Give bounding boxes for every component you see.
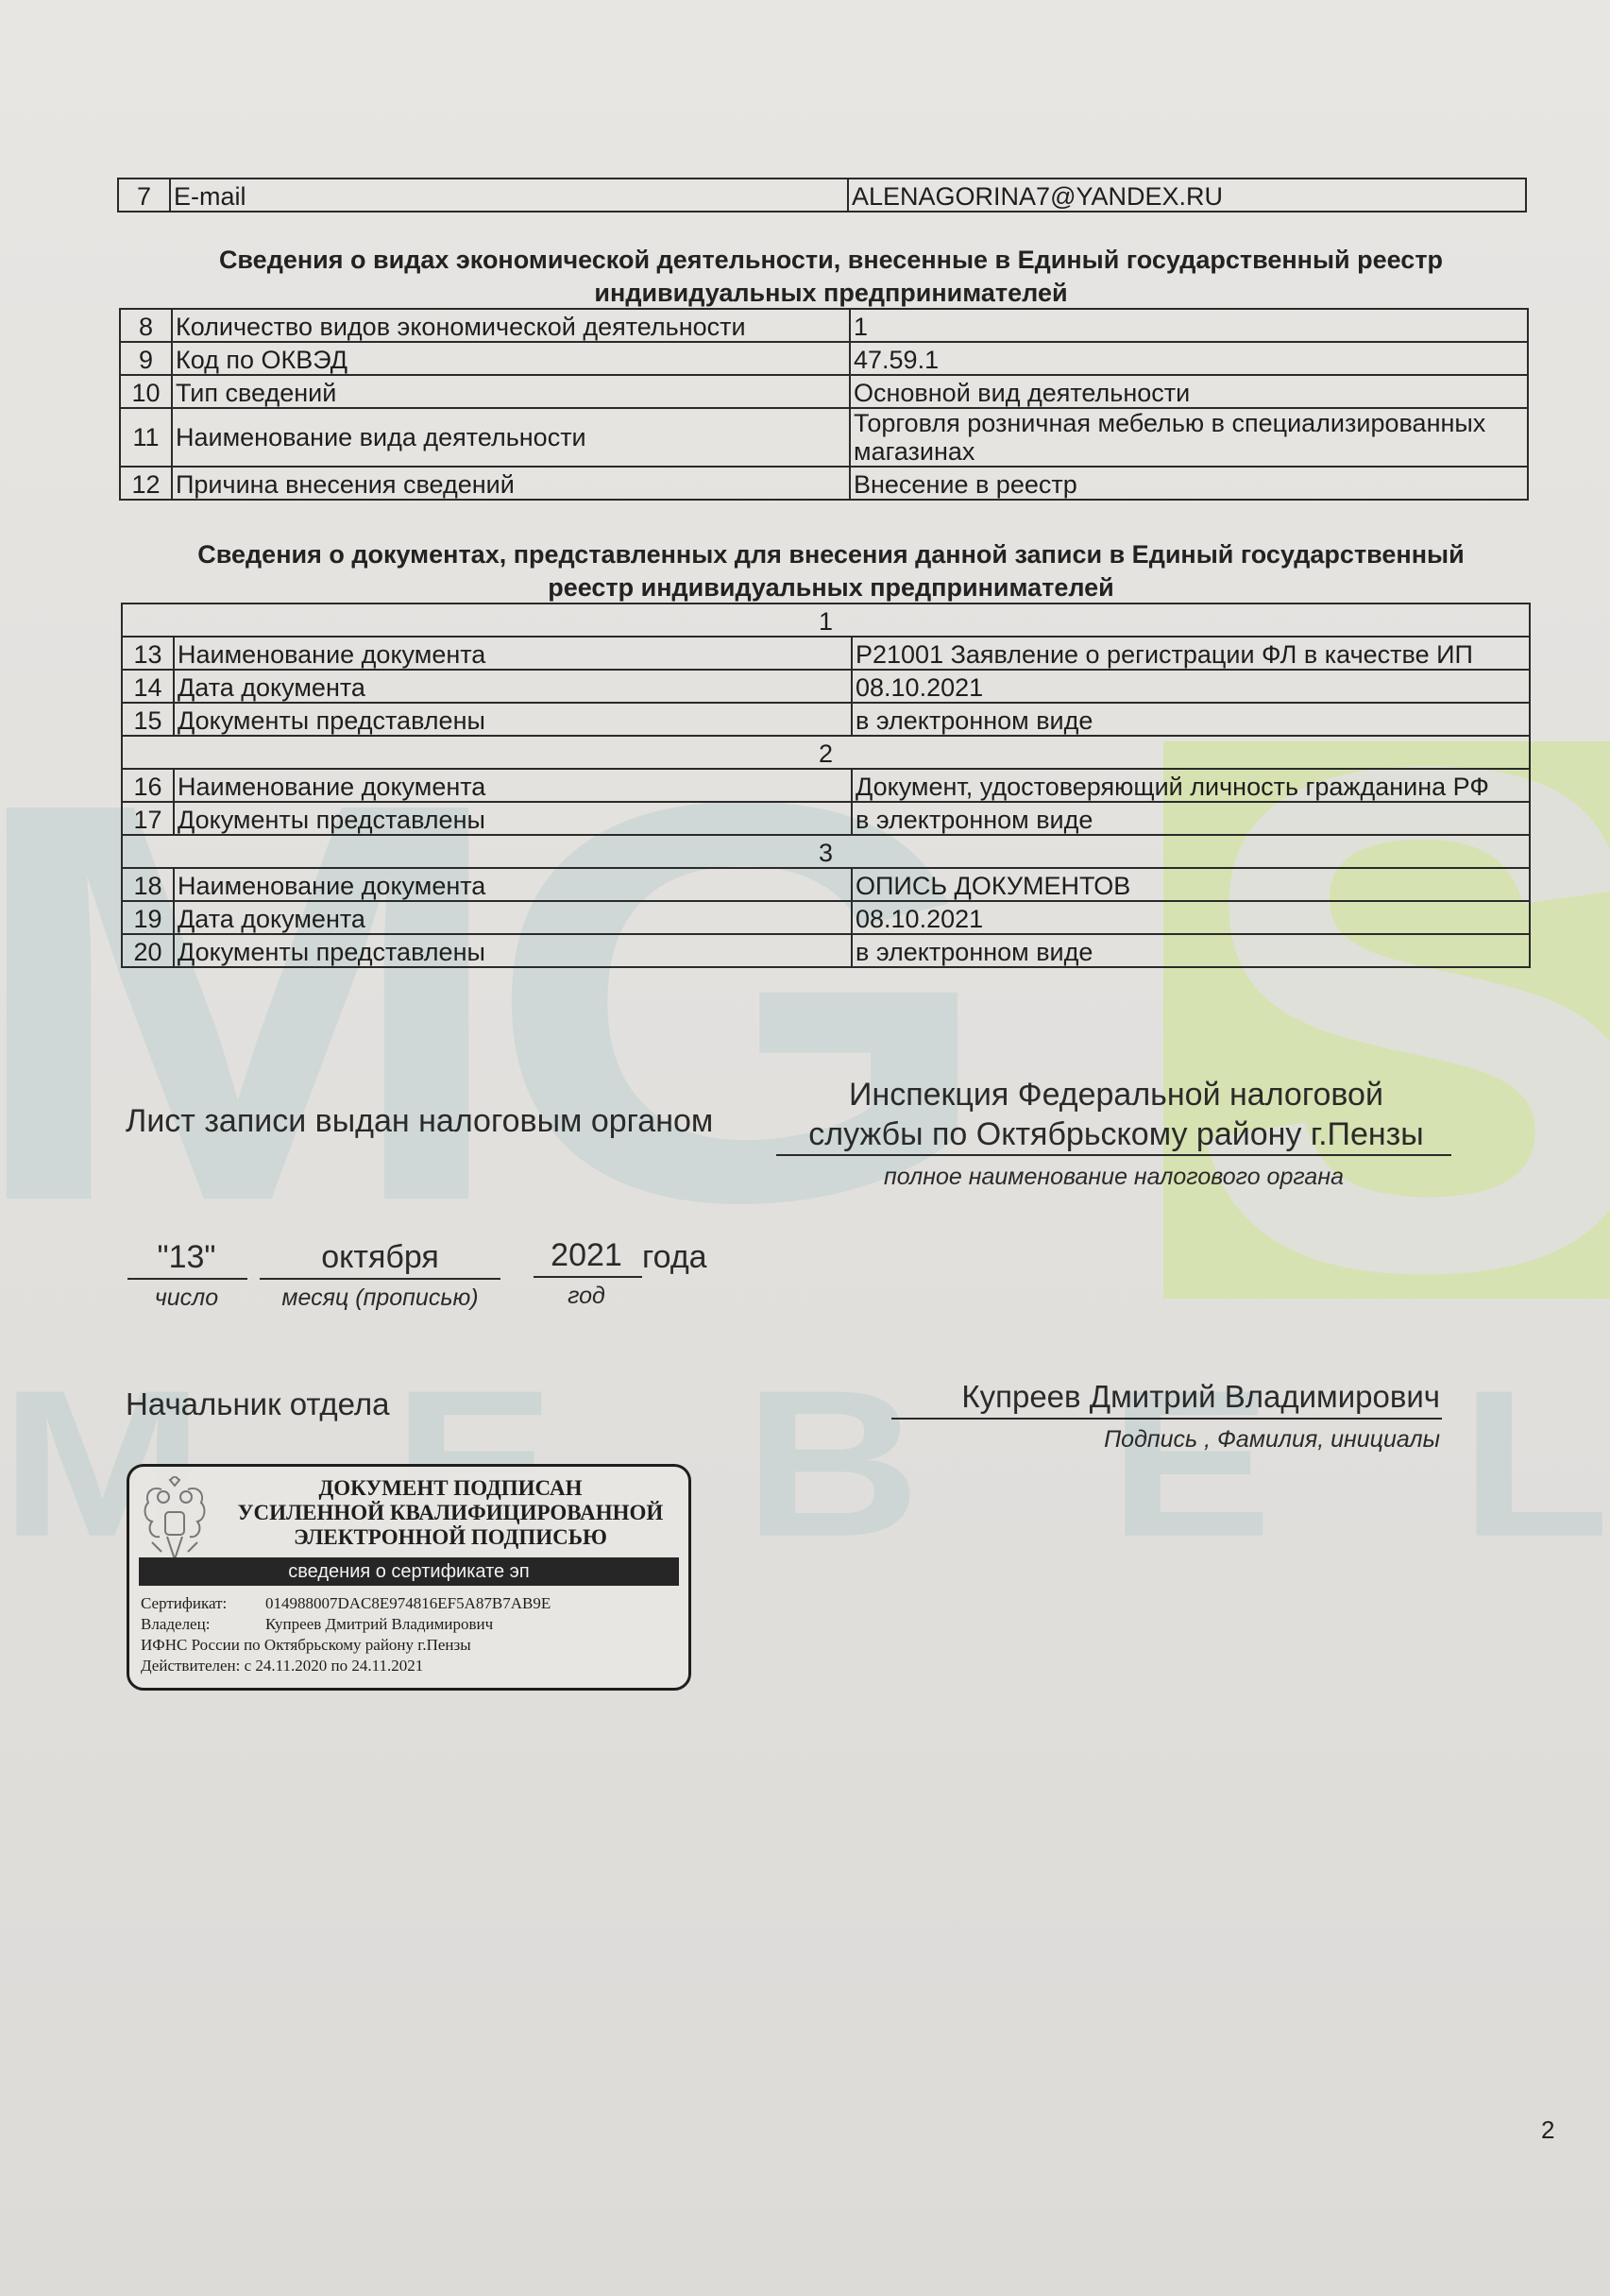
- row-number: 9: [120, 342, 172, 375]
- row-value: 47.59.1: [850, 342, 1528, 375]
- row-value: в электронном виде: [852, 703, 1530, 736]
- table-row: 19Дата документа08.10.2021: [122, 901, 1530, 934]
- authority-caption: полное наименование налогового органа: [776, 1164, 1451, 1191]
- row-number: 10: [120, 375, 172, 408]
- row-label: E-mail: [170, 179, 848, 212]
- tax-authority-line2: службы по Октябрьскому району г.Пензы: [776, 1114, 1456, 1154]
- documents-heading-line1: Сведения о документах, представленных дл…: [123, 538, 1539, 571]
- stamp-title-line1: ДОКУМЕНТ ПОДПИСАН: [219, 1476, 682, 1501]
- row-label: Документы представлены: [174, 703, 852, 736]
- row-number: 19: [122, 901, 174, 934]
- row-value: ALENAGORINA7@YANDEX.RU: [848, 179, 1526, 212]
- row-label: Наименование документа: [174, 769, 852, 802]
- table-row: 9Код по ОКВЭД47.59.1: [120, 342, 1528, 375]
- group-number: 1: [122, 604, 1530, 637]
- row-value: ОПИСЬ ДОКУМЕНТОВ: [852, 868, 1530, 901]
- valid-label: Действителен:: [141, 1657, 240, 1675]
- row-label: Причина внесения сведений: [172, 467, 850, 500]
- date-year-line: [534, 1276, 642, 1278]
- page-number: 2: [1541, 2116, 1554, 2145]
- table-row: 13Наименование документаР21001 Заявление…: [122, 637, 1530, 670]
- group-number: 3: [122, 835, 1530, 868]
- row-label: Количество видов экономической деятельно…: [172, 309, 850, 342]
- group-number: 2: [122, 736, 1530, 769]
- row-value: Торговля розничная мебелью в специализир…: [850, 408, 1528, 467]
- contact-table: 7E-mailALENAGORINA7@YANDEX.RU: [117, 178, 1527, 213]
- signatory-caption: Подпись , Фамилия, инициалы: [892, 1426, 1440, 1454]
- signatory-name: Купреев Дмитрий Владимирович: [892, 1379, 1440, 1415]
- table-row: 15Документы представленыв электронном ви…: [122, 703, 1530, 736]
- row-number: 18: [122, 868, 174, 901]
- row-label: Наименование документа: [174, 868, 852, 901]
- valid-value: с 24.11.2020 по 24.11.2021: [245, 1657, 424, 1675]
- table-row: 14Дата документа08.10.2021: [122, 670, 1530, 703]
- row-value: Основной вид деятельности: [850, 375, 1528, 408]
- row-number: 14: [122, 670, 174, 703]
- row-number: 12: [120, 467, 172, 500]
- stamp-title-line2: УСИЛЕННОЙ КВАЛИФИЦИРОВАННОЙ: [219, 1501, 682, 1525]
- row-label: Наименование вида деятельности: [172, 408, 850, 467]
- stamp-certificate-info: Сертификат:014988007DAC8E974816EF5A87B7A…: [141, 1593, 551, 1676]
- date-month-line: [260, 1278, 500, 1280]
- document-page: S MG MEBEL 7E-mailALENAGORINA7@YANDEX.RU…: [0, 0, 1610, 2296]
- row-number: 17: [122, 802, 174, 835]
- row-value: Внесение в реестр: [850, 467, 1528, 500]
- owner-value: Купреев Дмитрий Владимирович: [265, 1615, 493, 1633]
- date-month: октября: [260, 1239, 500, 1276]
- stamp-title-line3: ЭЛЕКТРОННОЙ ПОДПИСЬЮ: [219, 1525, 682, 1550]
- certificate-label: Сертификат:: [141, 1593, 265, 1614]
- russian-coat-of-arms-icon: [139, 1476, 211, 1567]
- table-row: 11Наименование вида деятельностиТорговля…: [120, 408, 1528, 467]
- table-row: 7E-mailALENAGORINA7@YANDEX.RU: [118, 179, 1526, 212]
- row-number: 13: [122, 637, 174, 670]
- row-label: Дата документа: [174, 901, 852, 934]
- row-label: Тип сведений: [172, 375, 850, 408]
- date-month-caption: месяц (прописью): [260, 1284, 500, 1312]
- activity-heading-line1: Сведения о видах экономической деятельно…: [123, 244, 1539, 277]
- date-day: "13": [127, 1239, 246, 1276]
- signatory-underline: [891, 1418, 1442, 1420]
- activity-table: 8Количество видов экономической деятельн…: [119, 308, 1529, 501]
- organization: ИФНС России по Октябрьскому району г.Пен…: [141, 1635, 551, 1656]
- row-label: Документы представлены: [174, 802, 852, 835]
- group-row: 2: [122, 736, 1530, 769]
- row-label: Дата документа: [174, 670, 852, 703]
- date-day-caption: число: [127, 1284, 246, 1312]
- row-label: Документы представлены: [174, 934, 852, 967]
- activity-heading-line2: индивидуальных предпринимателей: [123, 277, 1539, 310]
- date-day-line: [127, 1278, 247, 1280]
- row-label: Наименование документа: [174, 637, 852, 670]
- row-number: 20: [122, 934, 174, 967]
- date-year-suffix: года: [642, 1239, 707, 1276]
- row-number: 8: [120, 309, 172, 342]
- table-row: 12Причина внесения сведенийВнесение в ре…: [120, 467, 1528, 500]
- group-row: 3: [122, 835, 1530, 868]
- certificate-value: 014988007DAC8E974816EF5A87B7AB9E: [265, 1594, 551, 1612]
- signatory-position: Начальник отдела: [126, 1386, 390, 1422]
- e-signature-stamp: ДОКУМЕНТ ПОДПИСАН УСИЛЕННОЙ КВАЛИФИЦИРОВ…: [127, 1464, 691, 1691]
- table-row: 18Наименование документаОПИСЬ ДОКУМЕНТОВ: [122, 868, 1530, 901]
- authority-underline: [776, 1154, 1451, 1156]
- row-value: 08.10.2021: [852, 901, 1530, 934]
- table-row: 20Документы представленыв электронном ви…: [122, 934, 1530, 967]
- tax-authority-line1: Инспекция Федеральной налоговой: [776, 1075, 1456, 1114]
- row-value: Документ, удостоверяющий личность гражда…: [852, 769, 1530, 802]
- table-row: 10Тип сведенийОсновной вид деятельности: [120, 375, 1528, 408]
- row-number: 11: [120, 408, 172, 467]
- documents-heading-line2: реестр индивидуальных предпринимателей: [123, 571, 1539, 604]
- issued-by-label: Лист записи выдан налоговым органом: [126, 1103, 713, 1140]
- row-value: 08.10.2021: [852, 670, 1530, 703]
- row-value: в электронном виде: [852, 802, 1530, 835]
- table-row: 8Количество видов экономической деятельн…: [120, 309, 1528, 342]
- documents-heading: Сведения о документах, представленных дл…: [123, 538, 1539, 604]
- row-value: 1: [850, 309, 1528, 342]
- owner-label: Владелец:: [141, 1614, 265, 1635]
- row-value: Р21001 Заявление о регистрации ФЛ в каче…: [852, 637, 1530, 670]
- row-number: 15: [122, 703, 174, 736]
- group-row: 1: [122, 604, 1530, 637]
- row-label: Код по ОКВЭД: [172, 342, 850, 375]
- documents-table: 113Наименование документаР21001 Заявлени…: [121, 603, 1531, 968]
- date-year-caption: год: [534, 1283, 639, 1310]
- table-row: 16Наименование документаДокумент, удосто…: [122, 769, 1530, 802]
- activity-heading: Сведения о видах экономической деятельно…: [123, 244, 1539, 310]
- row-number: 7: [118, 179, 170, 212]
- row-value: в электронном виде: [852, 934, 1530, 967]
- stamp-title: ДОКУМЕНТ ПОДПИСАН УСИЛЕННОЙ КВАЛИФИЦИРОВ…: [219, 1476, 682, 1550]
- date-year: 2021: [534, 1237, 639, 1274]
- stamp-certificate-bar: сведения о сертификате эп: [139, 1557, 679, 1586]
- table-row: 17Документы представленыв электронном ви…: [122, 802, 1530, 835]
- tax-authority-name: Инспекция Федеральной налоговой службы п…: [776, 1075, 1456, 1154]
- row-number: 16: [122, 769, 174, 802]
